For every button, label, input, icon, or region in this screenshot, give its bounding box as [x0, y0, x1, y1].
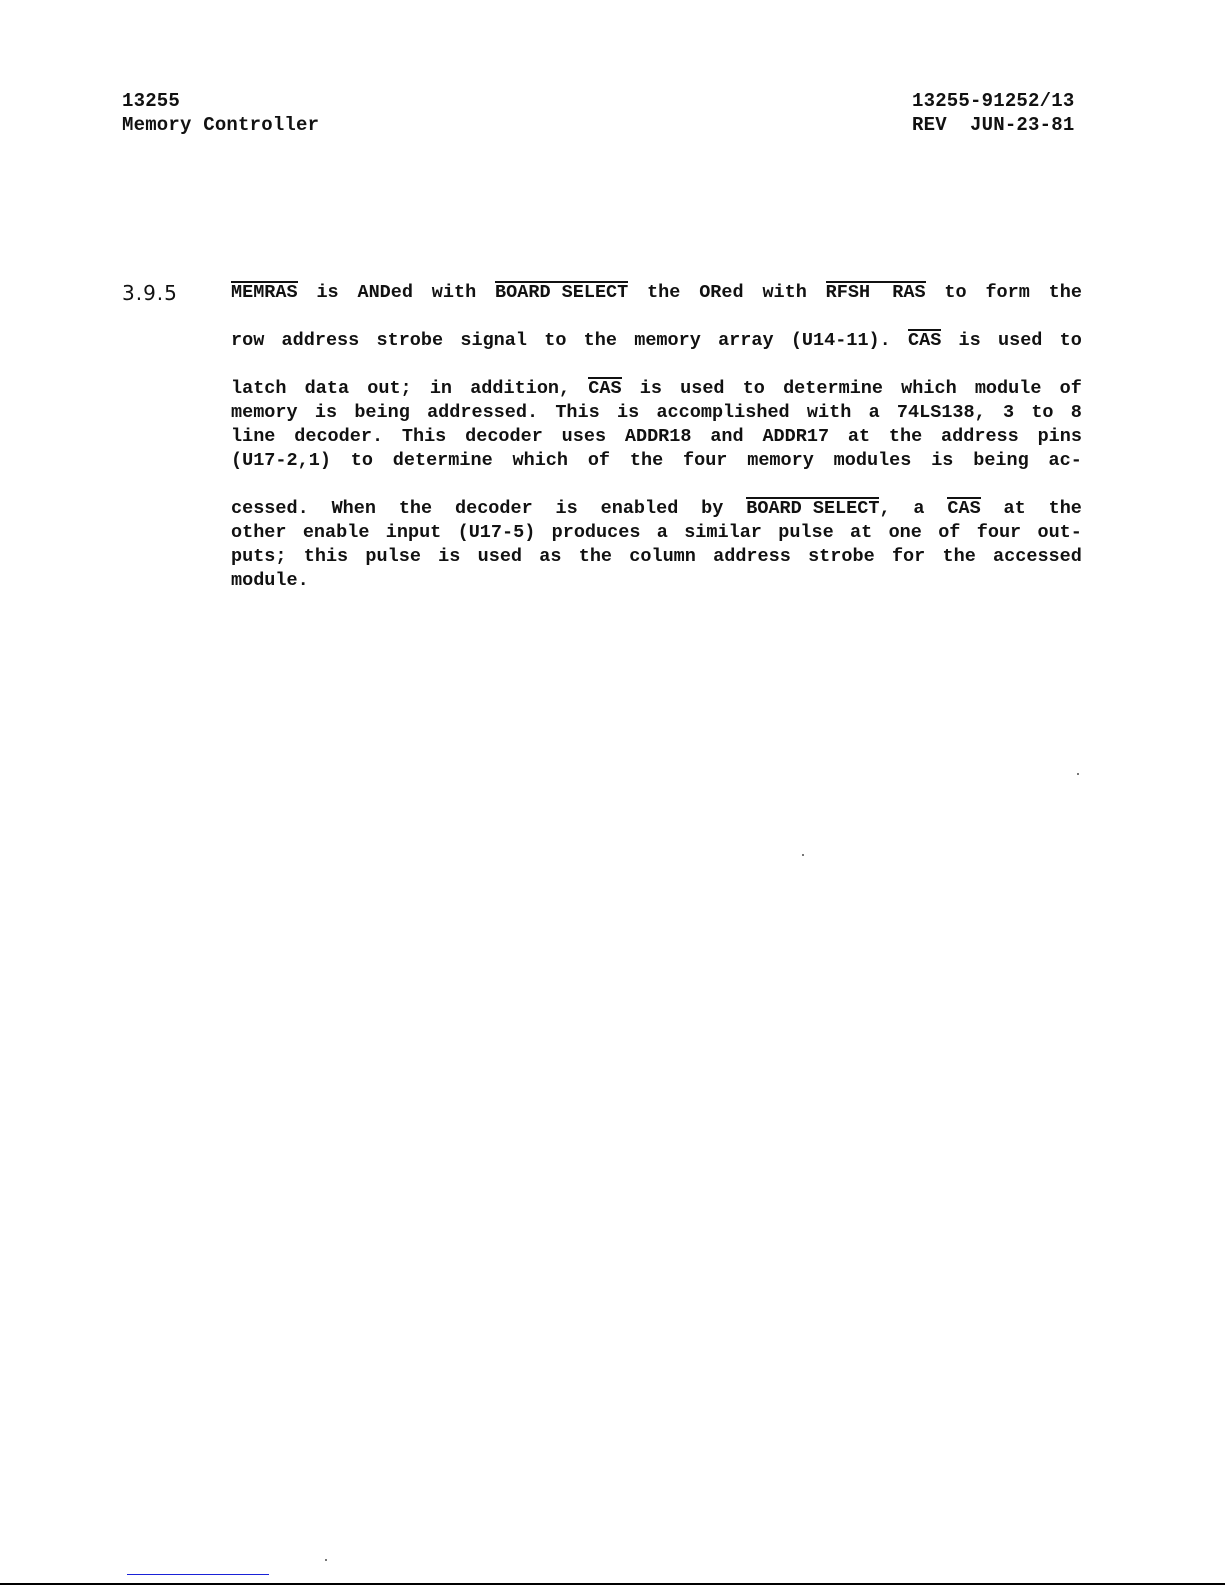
word: for	[892, 545, 925, 569]
word: by	[701, 497, 723, 521]
word: to	[1060, 329, 1082, 353]
word: the	[630, 449, 663, 473]
word: ORed	[699, 281, 743, 305]
word: determine	[783, 377, 883, 401]
word: modules	[834, 449, 912, 473]
word: the	[1049, 281, 1082, 305]
word: ac-	[1049, 449, 1082, 473]
word: addressed.	[427, 401, 538, 425]
signal-name: CAS	[947, 497, 980, 521]
word: latch	[231, 377, 287, 401]
word: memory	[747, 449, 814, 473]
word: module	[975, 377, 1042, 401]
word: This	[555, 401, 599, 425]
word: addition,	[470, 377, 570, 401]
header-right: 13255-91252/13 REV JUN-23-81	[912, 89, 1082, 137]
word: used	[478, 545, 522, 569]
word: out;	[367, 377, 411, 401]
word: a	[657, 521, 668, 545]
text-line: (U17-2,1)todeterminewhichofthefourmemory…	[231, 449, 1082, 473]
word: accomplished	[656, 401, 789, 425]
word: address	[941, 425, 1019, 449]
word: row	[231, 329, 264, 353]
word: cessed.	[231, 497, 309, 521]
word: (U14-11).	[791, 329, 891, 353]
word: in	[430, 377, 452, 401]
word: four	[683, 449, 727, 473]
word: is	[316, 281, 338, 305]
word: at	[848, 425, 870, 449]
text-line: module.	[231, 569, 1082, 593]
word: the	[889, 425, 922, 449]
word: decoder	[455, 497, 533, 521]
signal-name: MEMRAS	[231, 281, 298, 305]
word: which	[513, 449, 569, 473]
word: to	[351, 449, 373, 473]
revision-date: REV JUN-23-81	[912, 113, 1082, 137]
text-line: MEMRASisANDedwithBOARD SELECTtheORedwith…	[231, 281, 1082, 305]
doc-title: Memory Controller	[122, 113, 319, 137]
doc-number: 13255	[122, 89, 319, 113]
word: with	[762, 281, 806, 305]
word: other	[231, 521, 287, 545]
word: with	[432, 281, 476, 305]
word: to	[743, 377, 765, 401]
signal-name: CAS	[908, 329, 941, 353]
word: pulse	[365, 545, 421, 569]
word: signal	[460, 329, 527, 353]
word: memory	[634, 329, 701, 353]
word: address	[282, 329, 360, 353]
word: produces	[552, 521, 641, 545]
word: the	[1049, 497, 1082, 521]
word: decoder.	[294, 425, 383, 449]
word: ADDR18	[625, 425, 692, 449]
word: input	[386, 521, 442, 545]
word: four	[977, 521, 1021, 545]
text-line: puts;thispulseisusedasthecolumnaddressst…	[231, 545, 1082, 569]
word: This	[402, 425, 446, 449]
word: is	[959, 329, 981, 353]
word: pins	[1038, 425, 1082, 449]
text-line: rowaddressstrobesignaltothememoryarray(U…	[231, 329, 1082, 353]
word: strobe	[808, 545, 875, 569]
word: at	[850, 521, 872, 545]
word: determine	[393, 449, 493, 473]
word: 8	[1071, 401, 1082, 425]
text-line: latchdataout;inaddition,CASisusedtodeter…	[231, 377, 1082, 401]
word: (U17-5)	[458, 521, 536, 545]
section-number: 3.9.5	[122, 281, 178, 305]
word: as	[539, 545, 561, 569]
word: used	[680, 377, 724, 401]
word: at	[1004, 497, 1026, 521]
word: memory	[231, 401, 298, 425]
word: to	[1031, 401, 1053, 425]
word: which	[901, 377, 957, 401]
footer-link-rule	[127, 1574, 269, 1575]
word: data	[305, 377, 349, 401]
header-left: 13255 Memory Controller	[122, 89, 319, 137]
word: this	[304, 545, 348, 569]
scan-speck	[325, 1559, 327, 1561]
word: array	[718, 329, 774, 353]
word: enable	[303, 521, 370, 545]
word: of	[1060, 377, 1082, 401]
word: is	[315, 401, 337, 425]
text-line: cessed.WhenthedecoderisenabledbyBOARD SE…	[231, 497, 1082, 521]
word: is	[438, 545, 460, 569]
word: the	[399, 497, 432, 521]
word: used	[998, 329, 1042, 353]
word: 3	[1003, 401, 1014, 425]
word: of	[588, 449, 610, 473]
word: address	[713, 545, 791, 569]
word: is	[617, 401, 639, 425]
word: form	[985, 281, 1029, 305]
word: puts;	[231, 545, 287, 569]
word: a	[913, 497, 924, 521]
text-line: memoryisbeingaddressed.Thisisaccomplishe…	[231, 401, 1082, 425]
scan-speck	[802, 854, 804, 856]
word: enabled	[601, 497, 679, 521]
word: 74LS138,	[897, 401, 986, 425]
word: to	[944, 281, 966, 305]
word: the	[584, 329, 617, 353]
signal-name: CAS	[588, 377, 621, 401]
word: decoder	[465, 425, 543, 449]
word: strobe	[377, 329, 444, 353]
scan-speck	[1077, 773, 1079, 775]
signal-name: BOARD SELECT,	[746, 497, 890, 521]
word: being	[973, 449, 1029, 473]
word: the	[942, 545, 975, 569]
word: ADDR17	[762, 425, 829, 449]
word: of	[938, 521, 960, 545]
word: one	[889, 521, 922, 545]
word: line	[231, 425, 275, 449]
word: accessed	[993, 545, 1082, 569]
word: with	[807, 401, 851, 425]
word: is	[640, 377, 662, 401]
word: pulse	[778, 521, 834, 545]
word: When	[332, 497, 376, 521]
word: is	[556, 497, 578, 521]
signal-name: BOARD SELECT	[495, 281, 628, 305]
text-line: linedecoder.ThisdecoderusesADDR18andADDR…	[231, 425, 1082, 449]
word: and	[710, 425, 743, 449]
word: the	[647, 281, 680, 305]
word: (U17-2,1)	[231, 449, 331, 473]
word: out-	[1037, 521, 1081, 545]
word: the	[579, 545, 612, 569]
text-line: otherenableinput(U17-5)producesasimilarp…	[231, 521, 1082, 545]
signal-name: RFSH RAS	[826, 281, 926, 305]
word: similar	[684, 521, 762, 545]
word: module.	[231, 569, 309, 593]
word: ANDed	[357, 281, 413, 305]
word: a	[869, 401, 880, 425]
word: column	[629, 545, 696, 569]
word: being	[354, 401, 410, 425]
part-number: 13255-91252/13	[912, 89, 1082, 113]
word: to	[544, 329, 566, 353]
word: uses	[562, 425, 606, 449]
word: is	[931, 449, 953, 473]
